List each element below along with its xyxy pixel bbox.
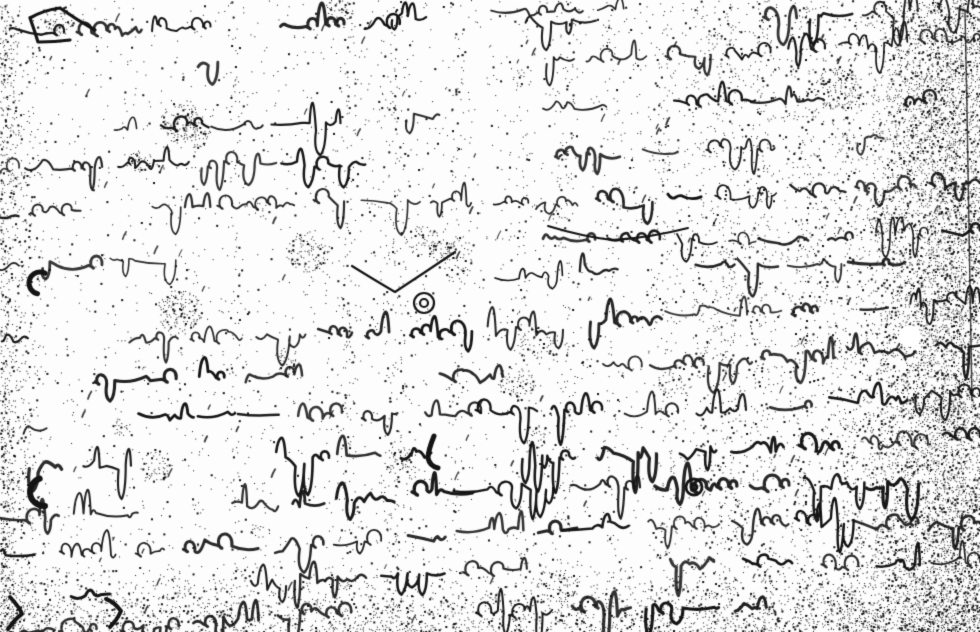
scanned-document-page: [0, 0, 980, 632]
handwriting-canvas: [0, 0, 980, 632]
